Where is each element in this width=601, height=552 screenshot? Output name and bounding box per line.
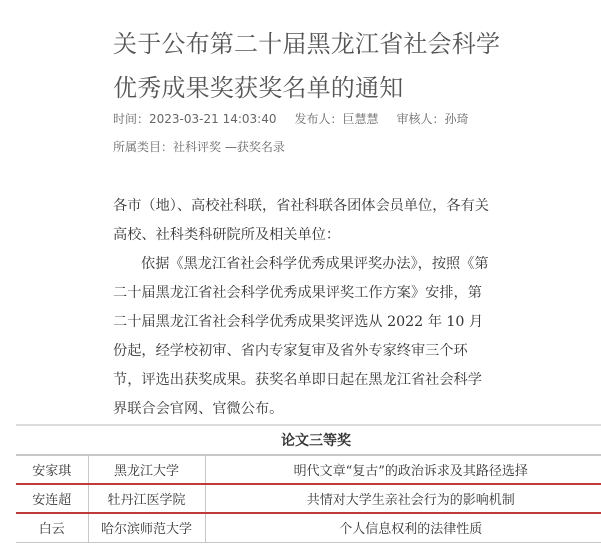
table-row: 安家琪 黑龙江大学 明代文章“复古”的政治诉求及其路径选择 [16,455,601,484]
time-value: 2023-03-21 14:03:40 [149,112,276,126]
paper-title: 明代文章“复古”的政治诉求及其路径选择 [205,455,601,484]
winner-name: 白云 [16,513,88,542]
paper-title: 共情对大学生亲社会行为的影响机制 [205,484,601,513]
category-label: 所属类目： [113,140,173,154]
winner-name: 安家琪 [16,455,88,484]
content-paragraph: 依据《黑龙江省社会科学优秀成果评奖办法》，按照《第二十届黑龙江省社会科学优秀成果… [113,250,493,424]
time-label: 时间： [113,112,149,126]
award-table: 论文三等奖 安家琪 黑龙江大学 明代文章“复古”的政治诉求及其路径选择 安连超 … [16,424,601,543]
article-body: 各市（地）、高校社科联，省社科联各团体会员单位，各有关高校、社科类科研院所及相关… [113,192,493,424]
winner-school: 黑龙江大学 [88,455,205,484]
article-page: 关于公布第二十届黑龙江省社会科学优秀成果奖获奖名单的通知 时间：2023-03-… [0,0,601,552]
table-row: 安连超 牡丹江医学院 共情对大学生亲社会行为的影响机制 [16,484,601,513]
table-row: 白云 哈尔滨师范大学 个人信息权利的法律性质 [16,513,601,542]
category-value[interactable]: 社科评奖 —获奖名录 [173,140,285,154]
table-heading-row: 论文三等奖 [16,425,601,455]
winner-name: 安连超 [16,484,88,513]
salutation-paragraph: 各市（地）、高校社科联，省社科联各团体会员单位，各有关高校、社科类科研院所及相关… [113,192,493,250]
paper-title: 个人信息权利的法律性质 [205,513,601,542]
article-meta: 时间：2023-03-21 14:03:40发布人：巨慧慧审核人：孙琦 [113,110,469,128]
article-category: 所属类目：社科评奖 —获奖名录 [113,138,285,156]
winner-school: 牡丹江医学院 [88,484,205,513]
article-title: 关于公布第二十届黑龙江省社会科学优秀成果奖获奖名单的通知 [113,22,513,110]
publisher-label: 发布人： [294,112,342,126]
award-category-heading: 论文三等奖 [16,425,601,455]
reviewer-value: 孙琦 [445,112,469,126]
reviewer-label: 审核人： [397,112,445,126]
publisher-value: 巨慧慧 [342,112,378,126]
winner-school: 哈尔滨师范大学 [88,513,205,542]
